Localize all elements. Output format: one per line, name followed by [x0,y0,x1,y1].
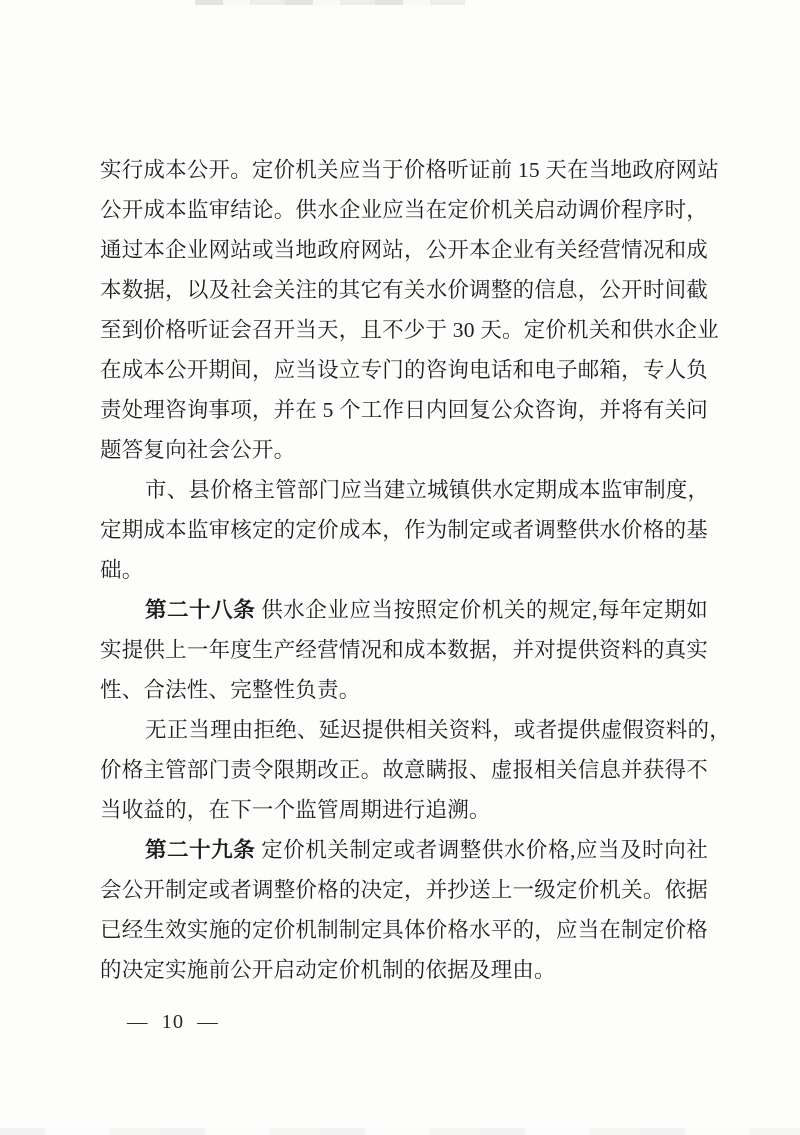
text-line: 本数据，以及社会关注的其它有关水价调整的信息，公开时间截 [100,270,708,310]
text-line: 础。 [100,550,708,590]
text-line: 已经生效实施的定价机制制定具体价格水平的，应当在制定价格 [100,910,708,950]
scan-artifact-bottom [0,1128,800,1135]
document-body: 实行成本公开。定价机关应当于价格听证前 15 天在当地政府网站公开成本监审结论。… [100,150,708,990]
scanned-document-page: 实行成本公开。定价机关应当于价格听证前 15 天在当地政府网站公开成本监审结论。… [0,0,800,1135]
text-line: 定期成本监审核定的定价成本，作为制定或者调整供水价格的基 [100,510,708,550]
text-line: 当收益的，在下一个监管周期进行追溯。 [100,790,708,830]
text-line: 市、县价格主管部门应当建立城镇供水定期成本监审制度， [100,470,708,510]
text-line: 第二十九条 定价机关制定或者调整供水价格,应当及时向社 [100,830,708,870]
text-line: 实行成本公开。定价机关应当于价格听证前 15 天在当地政府网站 [100,150,708,190]
text-line: 性、合法性、完整性负责。 [100,670,708,710]
article-number: 第二十九条 [145,838,255,862]
text-line: 公开成本监审结论。供水企业应当在定价机关启动调价程序时， [100,190,708,230]
page-number: — 10 — [127,1002,219,1042]
text-line: 题答复向社会公开。 [100,430,708,470]
text-line: 实提供上一年度生产经营情况和成本数据，并对提供资料的真实 [100,630,708,670]
article-number: 第二十八条 [145,598,255,622]
text-line: 责处理咨询事项，并在 5 个工作日内回复公众咨询，并将有关问 [100,390,708,430]
text-line: 的决定实施前公开启动定价机制的依据及理由。 [100,950,708,990]
text-line: 第二十八条 供水企业应当按照定价机关的规定,每年定期如 [100,590,708,630]
text-line: 通过本企业网站或当地政府网站，公开本企业有关经营情况和成 [100,230,708,270]
text-line: 至到价格听证会召开当天，且不少于 30 天。定价机关和供水企业 [100,310,708,350]
scan-artifact-top [195,0,465,5]
text-line: 会公开制定或者调整价格的决定，并抄送上一级定价机关。依据 [100,870,708,910]
text-line: 在成本公开期间，应当设立专门的咨询电话和电子邮箱，专人负 [100,350,708,390]
text-line: 价格主管部门责令限期改正。故意瞒报、虚报相关信息并获得不 [100,750,708,790]
text-line: 无正当理由拒绝、延迟提供相关资料，或者提供虚假资料的， [100,710,708,750]
